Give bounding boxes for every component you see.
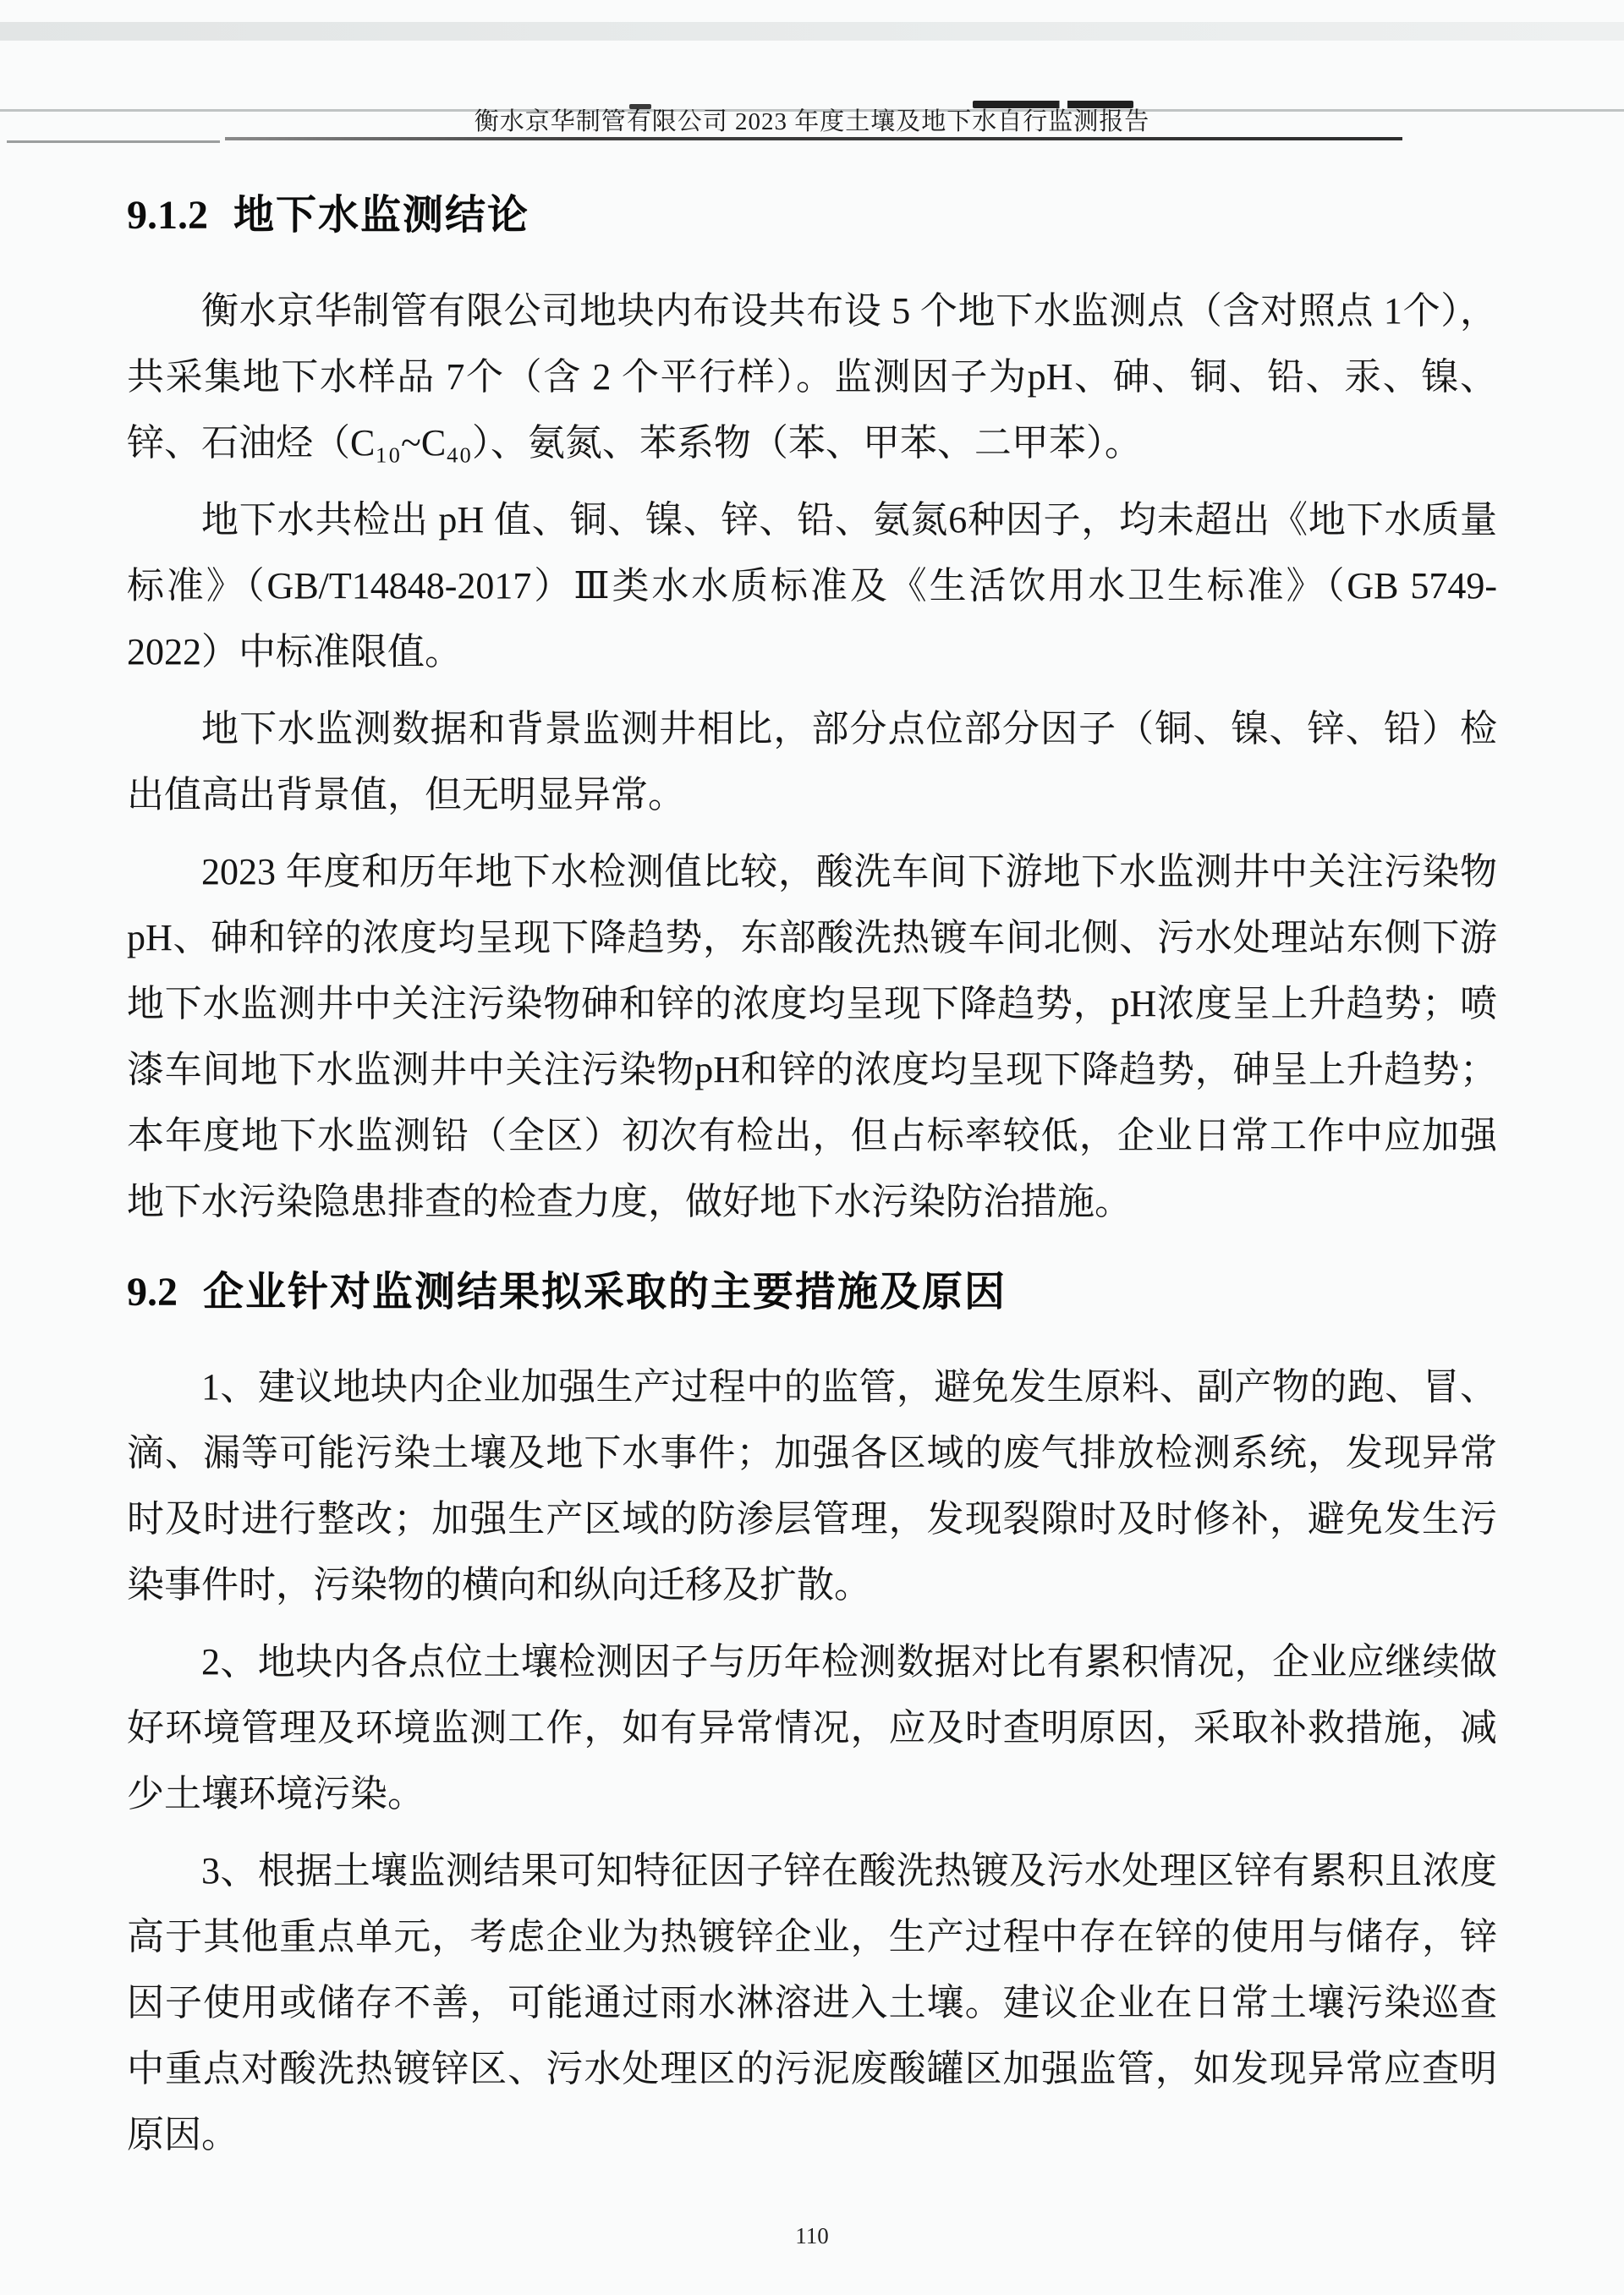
paragraph-historical-trend: 2023 年度和历年地下水检测值比较，酸洗车间下游地下水监测井中关注污染物 pH… xyxy=(127,839,1497,1235)
scan-artifact-band xyxy=(0,22,1624,41)
section-title: 地下水监测结论 xyxy=(233,193,529,238)
paragraph-measure-3: 3、根据土壤监测结果可知特征因子锌在酸洗热镀及污水处理区锌有累积且浓度高于其他重… xyxy=(127,1838,1497,2168)
paragraph-detected-factors: 地下水共检出 pH 值、铜、镍、锌、铅、氨氮6种因子，均未超出《地下水质量标准》… xyxy=(127,487,1497,685)
header-rule-dark-left xyxy=(7,140,220,143)
paragraph-background-comparison: 地下水监测数据和背景监测井相比，部分点位部分因子（铜、镍、锌、铅）检出值高出背景… xyxy=(127,696,1497,828)
paragraph-measure-2: 2、地块内各点位土壤检测因子与历年检测数据对比有累积情况，企业应继续做好环境管理… xyxy=(127,1629,1497,1827)
document-page: 衡水京华制管有限公司 2023 年度土壤及地下水自行监测报告 9.1.2地下水监… xyxy=(0,0,1624,2295)
page-header: 衡水京华制管有限公司 2023 年度土壤及地下水自行监测报告 xyxy=(0,107,1624,137)
section-number: 9.2 xyxy=(127,1270,178,1315)
page-number: 110 xyxy=(795,2223,829,2248)
section-heading-measures: 9.2企业针对监测结果拟采取的主要措施及原因 xyxy=(127,1266,1497,1320)
page-header-title: 衡水京华制管有限公司 2023 年度土壤及地下水自行监测报告 xyxy=(475,108,1150,135)
section-heading-groundwater-conclusion: 9.1.2地下水监测结论 xyxy=(127,189,1497,243)
section-title: 企业针对监测结果拟采取的主要措施及原因 xyxy=(203,1270,1007,1315)
section-number: 9.1.2 xyxy=(127,193,208,238)
paragraph-monitoring-points: 衡水京华制管有限公司地块内布设共布设 5 个地下水监测点（含对照点 1个），共采… xyxy=(127,278,1497,476)
page-content: 9.1.2地下水监测结论 衡水京华制管有限公司地块内布设共布设 5 个地下水监测… xyxy=(127,189,1497,2179)
header-rule-dark xyxy=(225,137,1402,140)
page-footer: 110 xyxy=(0,2221,1624,2250)
paragraph-measure-1: 1、建议地块内企业加强生产过程中的监管，避免发生原料、副产物的跑、冒、滴、漏等可… xyxy=(127,1354,1497,1618)
